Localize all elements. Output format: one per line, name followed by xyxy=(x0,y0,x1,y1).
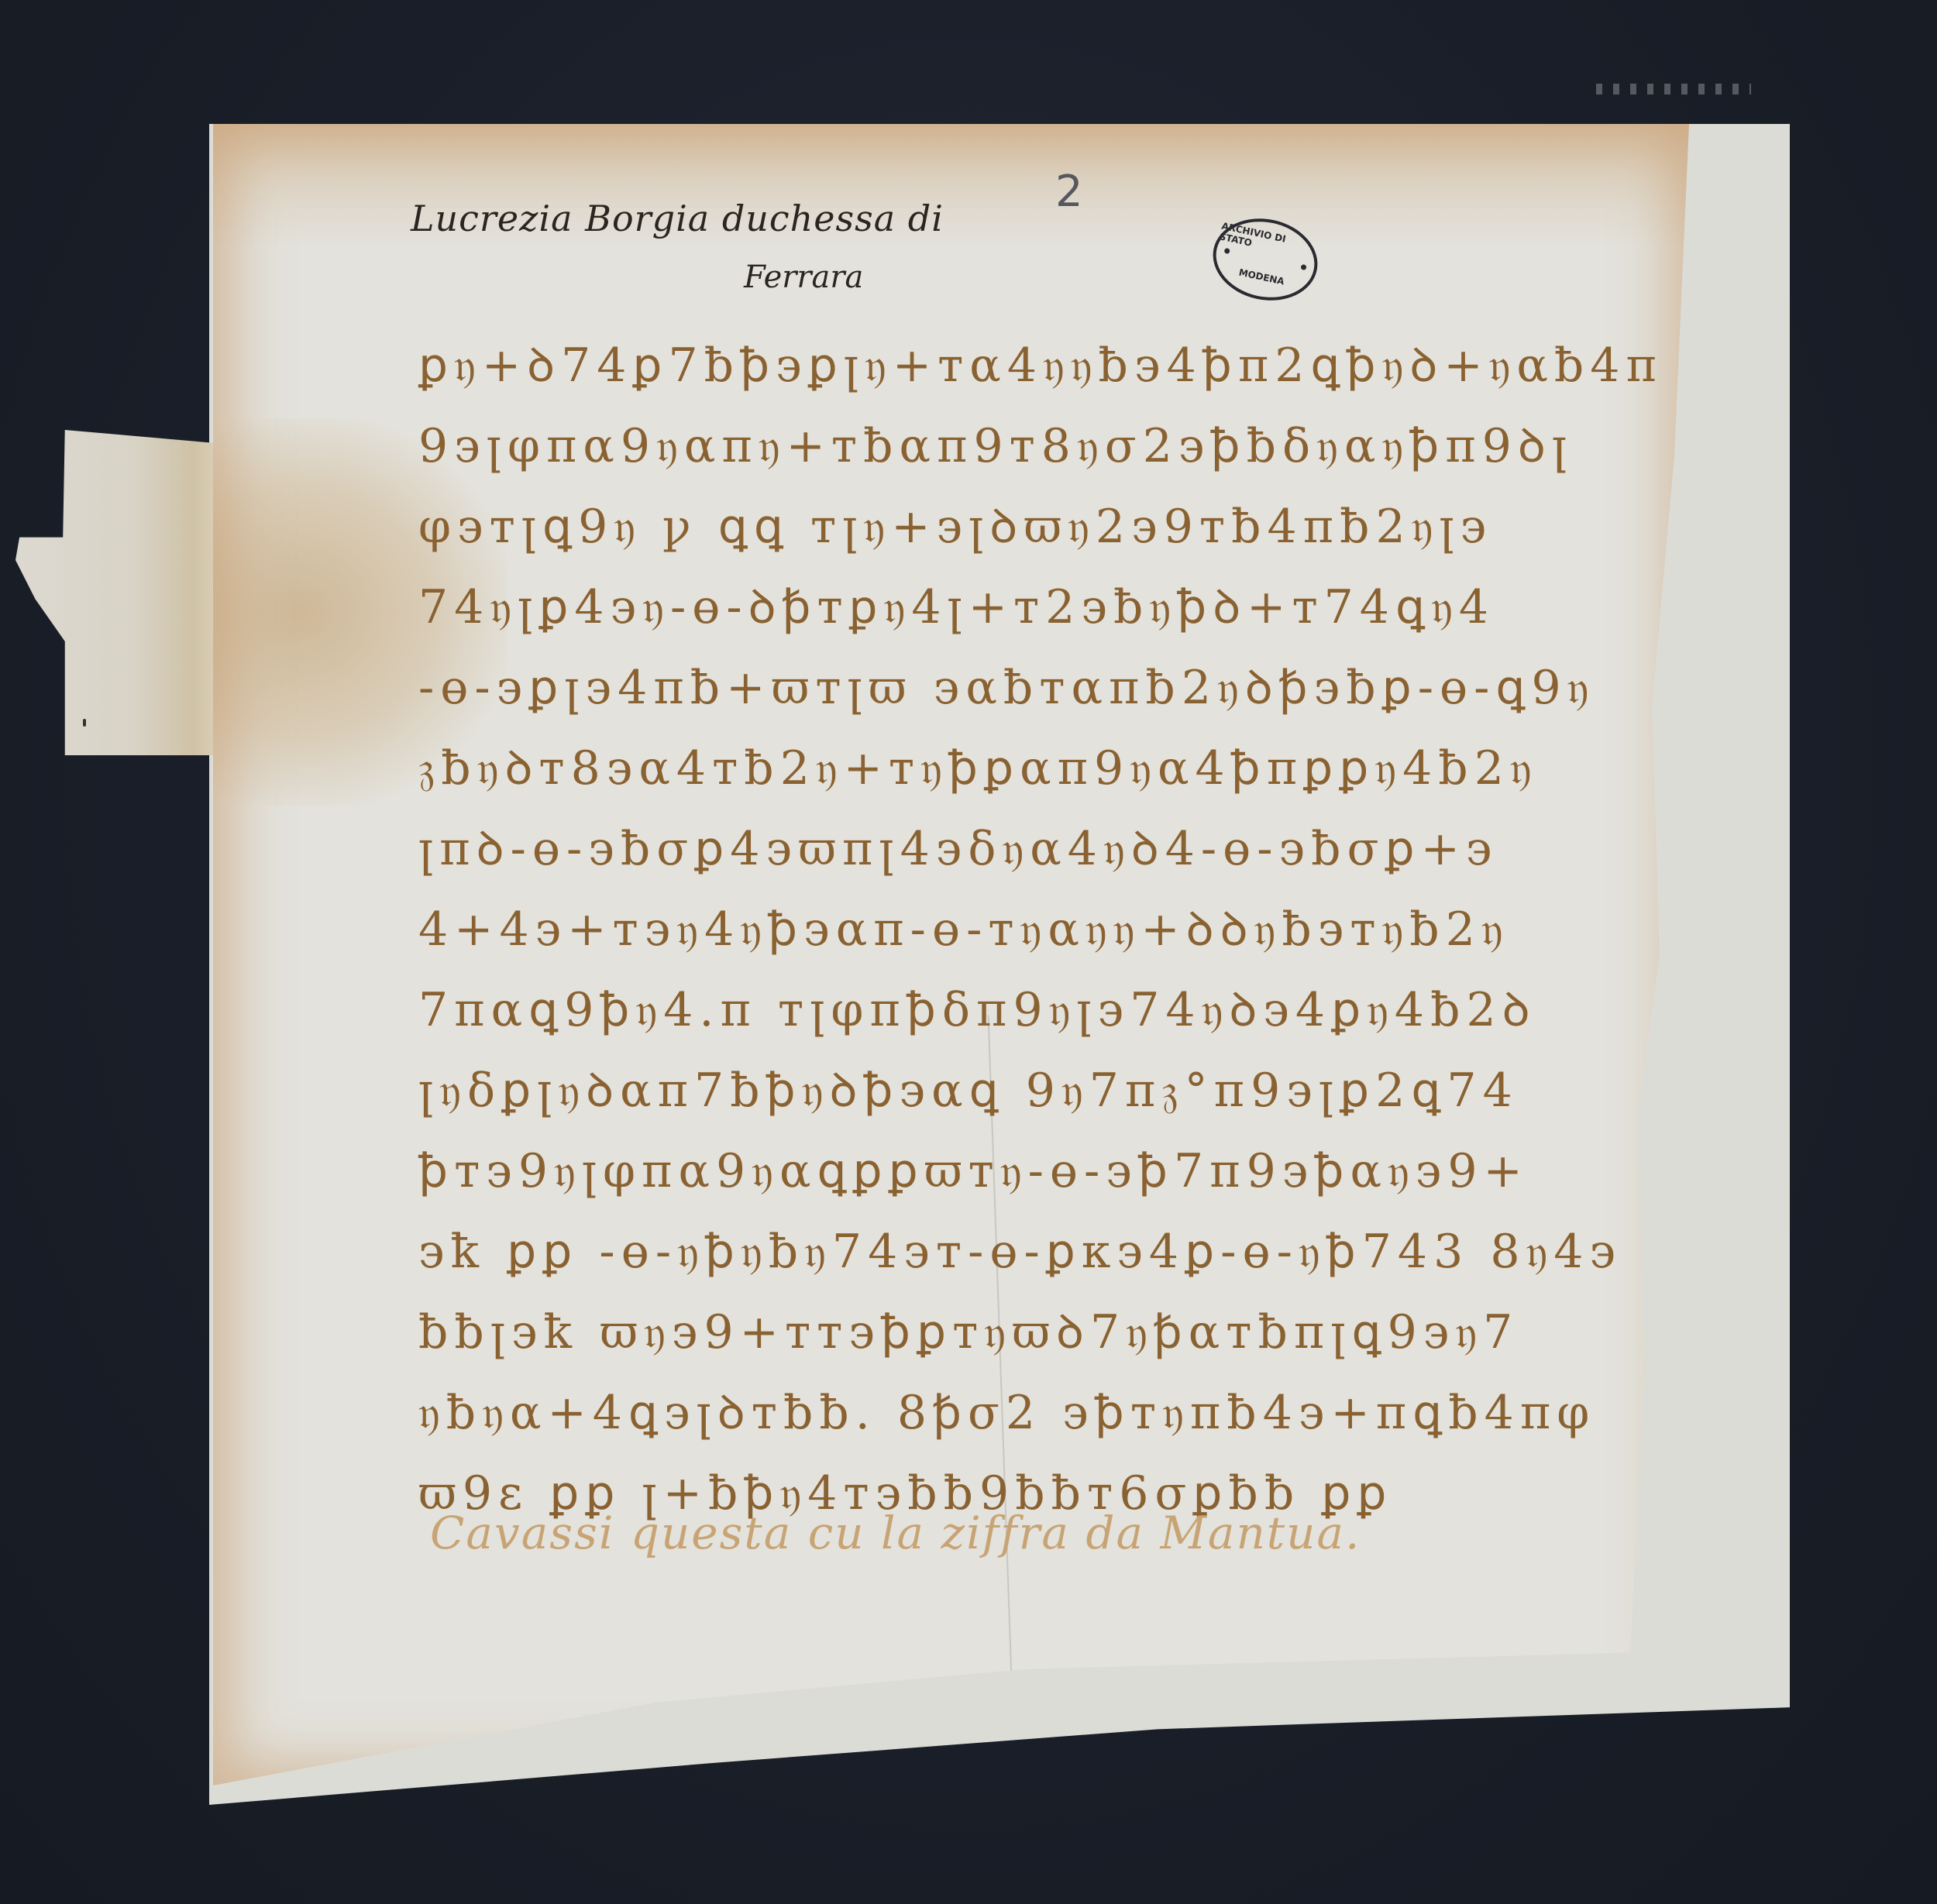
ink-speck xyxy=(83,719,86,727)
archival-header-note-line2: Ferrara xyxy=(744,259,863,295)
stamp-dot-icon xyxy=(1224,248,1230,254)
backdrop-texture xyxy=(1596,84,1751,95)
cipher-line: 𝔶ƀ𝔶α+4ꝗэꞁꝺᴛƀƀ. 8ꝥσ2 эꝥᴛ𝔶πƀ4э+πꝗƀ4πφ xyxy=(418,1373,1736,1453)
stamp-bottom-text: MODENA xyxy=(1238,266,1285,287)
page-number: 2 xyxy=(1055,167,1083,217)
cipher-text-block: ꝑ𝔶+ꝺ74ꝑ7ƀꝥэꝑꞁ𝔶+ᴛα4𝔶𝔶ƀэ4ꝥπ2ꝗꝥ𝔶ꝺ+𝔶αƀ4π 9эꞁ… xyxy=(418,325,1736,1534)
cipher-line: 4+4э+ᴛэ𝔶4𝔶ꝥэαπ-ɵ-ᴛ𝔶α𝔶𝔶+ꝺꝺ𝔶ƀэᴛ𝔶ƀ2𝔶 xyxy=(418,889,1736,970)
cipher-line: ꝥᴛэ9𝔶ꞁφπα9𝔶αꝗꝑꝑϖᴛ𝔶-ɵ-эꝥ7π9эꝥα𝔶э9+ xyxy=(418,1131,1736,1211)
cipher-line: ꝑ𝔶+ꝺ74ꝑ7ƀꝥэꝑꞁ𝔶+ᴛα4𝔶𝔶ƀэ4ꝥπ2ꝗꝥ𝔶ꝺ+𝔶αƀ4π xyxy=(418,325,1736,406)
cipher-line: ꞁπꝺ-ɵ-эƀσꝑ4эϖπꞁ4эδ𝔶α4𝔶ꝺ4-ɵ-эƀσꝑ+э xyxy=(418,809,1736,889)
cipher-line: ƀƀꞁэꝁ ϖ𝔶э9+ᴛᴛэꝥꝑᴛ𝔶ϖꝺ7𝔶ꝥαᴛƀπꞁꝗ9э𝔶7 xyxy=(418,1292,1736,1373)
stamp-dot-icon xyxy=(1300,264,1306,270)
archival-header-note: Lucrezia Borgia duchessa di xyxy=(411,198,944,239)
decipher-note: Cavassi questa cu la ziffra da Mantua. xyxy=(430,1507,1361,1559)
cipher-line: эꝁ ꝑꝑ -ɵ-𝔶ꝥ𝔶ƀ𝔶74эᴛ-ɵ-ꝑкэ4ꝑ-ɵ-𝔶ꝥ743 8𝔶4э xyxy=(418,1211,1736,1292)
cipher-line: 7παꝗ9ꝥ𝔶4.π ᴛꞁφπꝥδπ9𝔶ꞁэ74𝔶ꝺэ4ꝑ𝔶4ƀ2ꝺ xyxy=(418,970,1736,1050)
cipher-line: ꞁ𝔶δꝑꞁ𝔶ꝺαπ7ƀꝥ𝔶ꝺꝥэαꝗ 9𝔶7π𝔷°π9эꞁꝑ2ꝗ74 xyxy=(418,1050,1736,1131)
cipher-line: φэᴛꞁꝗ9𝔶 ꝩ ꝗꝗ ᴛꞁ𝔶+эꞁꝺϖ𝔶2э9ᴛƀ4πƀ2𝔶ꞁэ xyxy=(418,486,1736,567)
cipher-line: -ɵ-эꝑꞁэ4πƀ+ϖᴛꞁϖ эαƀᴛαπƀ2𝔶ꝺꝥэƀꝑ-ɵ-ꝗ9𝔶 xyxy=(418,648,1736,728)
cipher-line: 74𝔶ꞁꝑ4э𝔶-ɵ-ꝺꝥᴛꝑ𝔶4ꞁ+ᴛ2эƀ𝔶ꝥꝺ+ᴛ74ꝗ𝔶4 xyxy=(418,567,1736,648)
cipher-line: 9эꞁφπα9𝔶απ𝔶+ᴛƀαπ9ᴛ8𝔶σ2эꝥƀδ𝔶α𝔶ꝥπ9ꝺꞁ xyxy=(418,406,1736,486)
cipher-line: 𝔷ƀ𝔶ꝺᴛ8эα4ᴛƀ2𝔶+ᴛ𝔶ꝥꝑαπ9𝔶α4ꝥπꝑꝑ𝔶4ƀ2𝔶 xyxy=(418,728,1736,809)
